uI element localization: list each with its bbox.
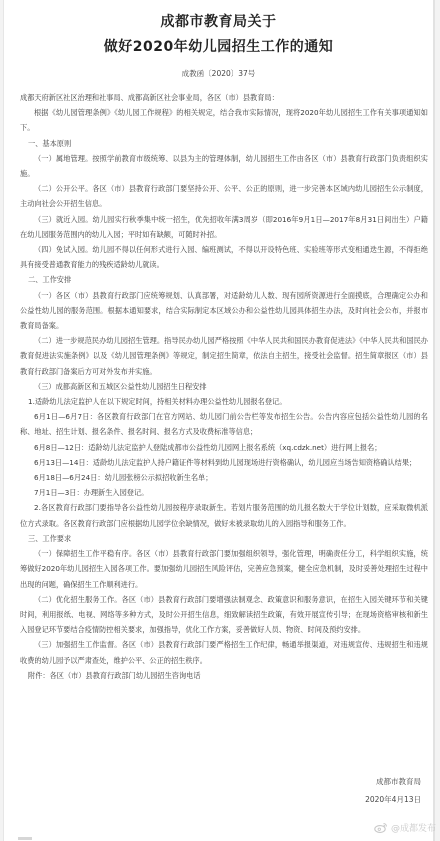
- document-page: 成都市教育局关于 做好2020年幼儿园招生工作的通知 成教函〔2020〕37号 …: [3, 0, 435, 841]
- document-title-line1: 成都市教育局关于: [4, 11, 433, 31]
- attachment-note: 附件：各区（市）县教育行政部门幼儿园招生咨询电话: [20, 668, 428, 683]
- paragraph: （一）各区（市）县教育行政部门应统筹规划、认真部署，对适龄幼儿人数、现有园所资源…: [20, 288, 428, 334]
- schedule-item: 7月1日—3日：办理新生入园登记。: [20, 485, 428, 500]
- watermark: @成都发布: [374, 821, 436, 834]
- schedule-item: 6月18日—6月24日：幼儿园张榜公示拟招收新生名单；: [20, 470, 428, 485]
- schedule-item: 6月8日—12日：适龄幼儿法定监护人登陆成都市公益性幼儿园网上报名系统（xq.c…: [20, 440, 428, 455]
- paragraph: （二）进一步规范民办幼儿园招生管理。指导民办幼儿园严格按照《中华人民共和国民办教…: [20, 333, 428, 379]
- paragraph: （二）优化招生服务工作。各区（市）县教育行政部门要增强法制观念、政策意识和服务意…: [20, 592, 428, 638]
- paragraph: （三）成都高新区和五城区公益性幼儿园招生日程安排: [20, 379, 428, 394]
- document-title-line2: 做好2020年幼儿园招生工作的通知: [4, 36, 433, 56]
- section-heading-requirements: 三、工作要求: [20, 531, 428, 546]
- document-number: 成教函〔2020〕37号: [4, 68, 433, 79]
- paragraph: （一）属地管理。按照学前教育市级统筹、以县为主的管理体制，幼儿园招生工作由各区（…: [20, 151, 428, 181]
- schedule-item: 6月13日—14日：适龄幼儿法定监护人持户籍证件等材料到幼儿园现场进行资格确认，…: [20, 455, 428, 470]
- paragraph: （三）加强招生工作监督。各区（市）县教育行政部门要严格招生工作纪律，畅通举报渠道…: [20, 637, 428, 667]
- paragraph: 1.适龄幼儿法定监护人在以下规定时间，持相关材料办理公益性幼儿园报名登记。: [20, 394, 428, 409]
- schedule-item: 6月1日—6月7日：各区教育行政部门在官方网站、幼儿园门前公告栏等发布招生公告。…: [20, 409, 428, 439]
- watermark-text: @成都发布: [391, 821, 436, 834]
- section-heading-principles: 一、基本原则: [20, 136, 428, 151]
- cropped-text-fragment: [18, 837, 32, 840]
- paragraph-intro: 根据《幼儿园管理条例》《幼儿园工作规程》的相关规定，结合我市实际情况，现将202…: [20, 105, 428, 135]
- signature-date: 2020年4月13日: [365, 794, 421, 805]
- signature-organization: 成都市教育局: [376, 776, 421, 787]
- weibo-icon: [374, 822, 388, 833]
- paragraph-addressees: 成都天府新区社区治理和社事局、成都高新区社会事业局，各区（市）县教育局：: [20, 90, 428, 105]
- paragraph: 2.各区教育行政部门要指导各公益性幼儿园按程序录取新生。若划片服务范围的幼儿报名…: [20, 500, 428, 530]
- document-body: 成都天府新区社区治理和社事局、成都高新区社会事业局，各区（市）县教育局： 根据《…: [20, 90, 428, 683]
- paragraph: （一）保障招生工作平稳有序。各区（市）县教育行政部门要加强组织领导，强化管理，明…: [20, 546, 428, 592]
- paragraph: （四）免试入园。幼儿园不得以任何形式进行入园、编班测试，不得以开设特色班、实验班…: [20, 242, 428, 272]
- section-heading-arrangements: 二、工作安排: [20, 272, 428, 287]
- paragraph: （三）就近入园。幼儿园实行秋季集中统一招生，优先招收年满3周岁（即2016年9月…: [20, 212, 428, 242]
- paragraph: （二）公开公平。各区（市）县教育行政部门要坚持公开、公平、公正的原则，进一步完善…: [20, 181, 428, 211]
